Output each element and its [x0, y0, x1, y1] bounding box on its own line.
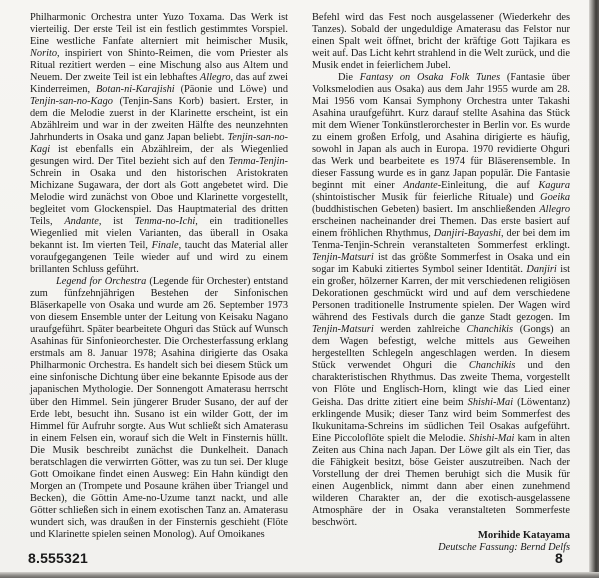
title-italic: Kagura — [538, 180, 570, 191]
title-italic: Tenma-no-Ichi — [135, 216, 196, 227]
catalog-number: 8.555321 — [28, 550, 88, 566]
text: kam in alten Zeiten aus China nach Japan… — [312, 433, 570, 528]
booklet-spine-edge — [589, 0, 599, 578]
title-italic: Danjiri — [526, 264, 556, 275]
paragraph-legend-for-orchestra: Legend for Orchestra (Legende für Orches… — [30, 276, 288, 540]
booklet-page: Philharmonic Orchestra unter Yuzo Toxama… — [0, 0, 599, 578]
paragraph-philharmonic: Philharmonic Orchestra unter Yuzo Toxama… — [30, 12, 288, 276]
text: Philharmonic Orchestra unter Yuzo Toxama… — [30, 12, 288, 47]
booklet-bottom-edge — [0, 572, 599, 578]
translator-credit: Deutsche Fassung: Bernd Delfs — [312, 542, 570, 554]
text: , ist — [99, 216, 135, 227]
title-italic: Andante — [64, 216, 98, 227]
author-name: Morihide Katayama — [312, 530, 570, 542]
title-italic: Goeika — [540, 192, 570, 203]
title-italic: Chanchikis — [467, 324, 514, 335]
text: Befehl wird das Fest noch ausgelassener … — [312, 12, 570, 71]
page-number: 8 — [555, 550, 563, 566]
title-italic: Danjiri-Bayashi — [434, 228, 501, 239]
text: (Fantasie über Volksmelodien aus Osaka) … — [312, 72, 570, 191]
title-italic: Botan-ni-Karajishi — [96, 84, 175, 95]
title-italic: Chanchikis — [469, 360, 516, 371]
text: (buddhistischen Gebeten) basiert. Im ans… — [312, 204, 539, 215]
title-italic: Finale — [152, 240, 179, 251]
paragraph-fantasy-osaka: Die Fantasy on Osaka Folk Tunes (Fantasi… — [312, 72, 570, 529]
right-column: Befehl wird das Fest noch ausgelassener … — [312, 12, 570, 554]
title-italic: Tenjin-san-no-Kago — [30, 96, 113, 107]
title-italic: Shishi-Mai — [468, 397, 513, 408]
title-italic: Shishi-Mai — [469, 433, 514, 444]
title-italic: Allegro — [200, 72, 231, 83]
title-italic: Tenjin-Matsuri — [312, 252, 374, 263]
text: -Einleitung, die auf — [438, 180, 539, 191]
title-italic: Andante — [403, 180, 437, 191]
text: (shintoistischer Musik für feierliche Ri… — [312, 192, 540, 203]
text: Die — [338, 72, 360, 83]
title-italic: Fantasy on Osaka Folk Tunes — [360, 72, 500, 83]
paragraph-continuation: Befehl wird das Fest noch ausgelassener … — [312, 12, 570, 72]
title-italic: Tenma-Tenjin — [228, 156, 284, 167]
title-italic: Tenjin-Matsuri — [312, 324, 374, 335]
text: (Päonie und Löwe) und — [175, 84, 288, 95]
text: (Legende für Orchester) entstand zum fün… — [30, 276, 288, 539]
title-italic: Allegro — [539, 204, 570, 215]
title-italic: Legend for Orchestra — [56, 276, 146, 287]
title-italic: Norito — [30, 48, 57, 59]
left-column: Philharmonic Orchestra unter Yuzo Toxama… — [30, 12, 288, 541]
text: werden zahlreiche — [374, 324, 467, 335]
